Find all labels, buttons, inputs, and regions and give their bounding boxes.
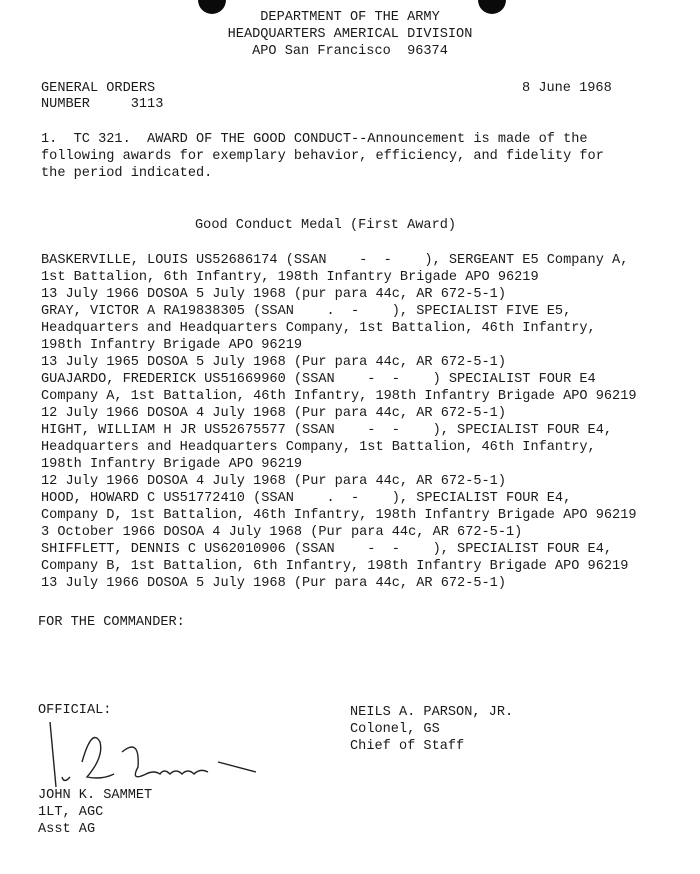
- award-entry-line: GUAJARDO, FREDERICK US51669960 (SSAN - -…: [41, 371, 596, 388]
- commander-name: NEILS A. PARSON, JR.: [350, 704, 513, 721]
- award-entry-line: 12 July 1966 DOSOA 4 July 1968 (Pur para…: [41, 405, 506, 422]
- commander-rank: Colonel, GS: [350, 721, 440, 738]
- paragraph-line: following awards for exemplary behavior,…: [41, 148, 604, 165]
- award-entry-line: HIGHT, WILLIAM H JR US52675577 (SSAN - -…: [41, 422, 612, 439]
- award-entry-line: Company D, 1st Battalion, 46th Infantry,…: [41, 507, 637, 524]
- award-entry-line: Company B, 1st Battalion, 6th Infantry, …: [41, 558, 628, 575]
- header-division: HEADQUARTERS AMERICAL DIVISION: [0, 26, 700, 43]
- award-title: Good Conduct Medal (First Award): [195, 217, 456, 234]
- paragraph-line: the period indicated.: [41, 165, 212, 182]
- award-entry-line: 198th Infantry Brigade APO 96219: [41, 456, 302, 473]
- closing-line: FOR THE COMMANDER:: [38, 614, 185, 631]
- award-entry-line: BASKERVILLE, LOUIS US52686174 (SSAN - - …: [41, 252, 628, 269]
- award-entry-line: SHIFFLETT, DENNIS C US62010906 (SSAN - -…: [41, 541, 612, 558]
- orders-number: NUMBER 3113: [41, 96, 163, 113]
- general-orders-label: GENERAL ORDERS: [41, 80, 155, 97]
- award-entry-line: Company A, 1st Battalion, 46th Infantry,…: [41, 388, 637, 405]
- orders-date: 8 June 1968: [522, 80, 612, 97]
- award-entry-line: Headquarters and Headquarters Company, 1…: [41, 320, 596, 337]
- award-entry-line: HOOD, HOWARD C US51772410 (SSAN . - ), S…: [41, 490, 571, 507]
- header-apo: APO San Francisco 96374: [0, 43, 700, 60]
- award-entry-line: GRAY, VICTOR A RA19838305 (SSAN . - ), S…: [41, 303, 571, 320]
- award-entry-line: 13 July 1966 DOSOA 5 July 1968 (pur para…: [41, 286, 506, 303]
- official-rank: 1LT, AGC: [38, 804, 103, 821]
- paragraph-line: 1. TC 321. AWARD OF THE GOOD CONDUCT--An…: [41, 131, 588, 148]
- official-label: OFFICIAL:: [38, 702, 111, 719]
- award-entry-line: 3 October 1966 DOSOA 4 July 1968 (Pur pa…: [41, 524, 522, 541]
- award-entry-line: 13 July 1966 DOSOA 5 July 1968 (Pur para…: [41, 575, 506, 592]
- official-title: Asst AG: [38, 821, 95, 838]
- handwritten-signature: [42, 722, 262, 792]
- award-entry-line: 13 July 1965 DOSOA 5 July 1968 (Pur para…: [41, 354, 506, 371]
- official-name: JOHN K. SAMMET: [38, 787, 152, 804]
- commander-title: Chief of Staff: [350, 738, 464, 755]
- award-entry-line: 1st Battalion, 6th Infantry, 198th Infan…: [41, 269, 539, 286]
- award-entry-line: Headquarters and Headquarters Company, 1…: [41, 439, 596, 456]
- award-entry-line: 198th Infantry Brigade APO 96219: [41, 337, 302, 354]
- award-entry-line: 12 July 1966 DOSOA 4 July 1968 (Pur para…: [41, 473, 506, 490]
- header-department: DEPARTMENT OF THE ARMY: [0, 9, 700, 26]
